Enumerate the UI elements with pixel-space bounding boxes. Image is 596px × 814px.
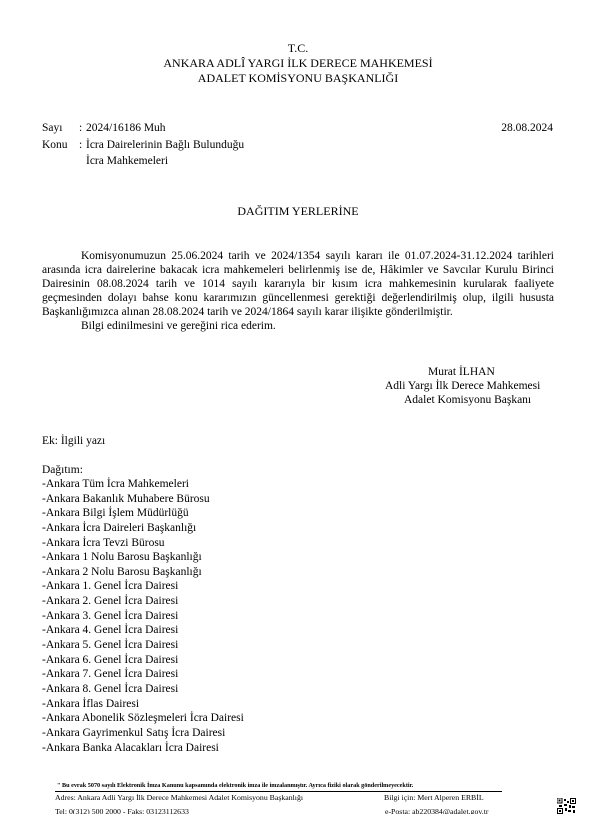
footer-contact-person: Bilgi için: Mert Alperen ERBİL	[384, 793, 484, 803]
e-signature-note: " Bu evrak 5070 sayılı Elektronik İmza K…	[57, 782, 413, 790]
distribution-item: -Ankara İcra Daireleri Başkanlığı	[42, 521, 244, 536]
konu-colon: :	[79, 138, 82, 152]
document-date: 28.08.2024	[501, 121, 553, 135]
distribution-item: -Ankara 7. Genel İcra Dairesi	[42, 667, 244, 682]
konu-label: Konu	[42, 138, 68, 152]
letterhead-tc: T.C.	[0, 41, 596, 56]
attachment-note: Ek: İlgili yazı	[42, 434, 105, 448]
distribution-item: -Ankara Bakanlık Muhabere Bürosu	[42, 492, 244, 507]
signatory-name: Murat İLHAN	[428, 365, 495, 379]
distribution-item: -Ankara İcra Tevzi Bürosu	[42, 536, 244, 551]
signatory-title-2: Adalet Komisyonu Başkanı	[404, 393, 531, 407]
footer-address: Adres: Ankara Adli Yargı İlk Derece Mahk…	[55, 793, 303, 803]
sayi-value: 2024/16186 Muh	[86, 121, 166, 135]
distribution-item: -Ankara 6. Genel İcra Dairesi	[42, 653, 244, 668]
signatory-title-1: Adli Yargı İlk Derece Mahkemesi	[385, 379, 540, 393]
letterhead-commission: ADALET KOMİSYONU BAŞKANLIĞI	[0, 71, 596, 86]
letterhead-court: ANKARA ADLÎ YARGI İLK DERECE MAHKEMESİ	[0, 56, 596, 71]
distribution-item: -Ankara 4. Genel İcra Dairesi	[42, 623, 244, 638]
footer-divider	[55, 791, 502, 792]
body-paragraph-main: Komisyonumuzun 25.06.2024 tarih ve 2024/…	[42, 249, 554, 319]
konu-value-line1: İcra Dairelerinin Bağlı Bulunduğu	[86, 138, 244, 152]
distribution-item: -Ankara Banka Alacakları İcra Dairesi	[42, 741, 244, 756]
distribution-item: -Ankara Tüm İcra Mahkemeleri	[42, 477, 244, 492]
sayi-colon: :	[79, 121, 82, 135]
footer-email[interactable]: e-Posta: ab220384@adalet.gov.tr	[385, 807, 488, 814]
document-title: DAĞITIM YERLERİNE	[0, 204, 596, 218]
konu-value-line2: İcra Mahkemeleri	[86, 154, 168, 168]
distribution-item: -Ankara 3. Genel İcra Dairesi	[42, 609, 244, 624]
body-paragraph-closing: Bilgi edinilmesini ve gereğini rica eder…	[42, 319, 554, 333]
distribution-item: -Ankara 1. Genel İcra Dairesi	[42, 579, 244, 594]
distribution-list: -Ankara Tüm İcra Mahkemeleri-Ankara Baka…	[42, 477, 244, 755]
distribution-item: -Ankara 1 Nolu Barosu Başkanlığı	[42, 550, 244, 565]
footer-phone: Tel: 0(312) 500 2000 - Faks: 03123112633	[55, 807, 189, 814]
distribution-item: -Ankara 5. Genel İcra Dairesi	[42, 638, 244, 653]
sayi-label: Sayı	[42, 121, 62, 135]
letter-body: Komisyonumuzun 25.06.2024 tarih ve 2024/…	[42, 249, 554, 333]
distribution-title: Dağıtım:	[42, 463, 83, 477]
distribution-item: -Ankara Abonelik Sözleşmeleri İcra Daire…	[42, 711, 244, 726]
distribution-item: -Ankara 2. Genel İcra Dairesi	[42, 594, 244, 609]
qr-code-icon	[557, 798, 576, 814]
distribution-item: -Ankara Gayrimenkul Satış İcra Dairesi	[42, 726, 244, 741]
distribution-item: -Ankara 8. Genel İcra Dairesi	[42, 682, 244, 697]
distribution-item: -Ankara İflas Dairesi	[42, 697, 244, 712]
distribution-item: -Ankara 2 Nolu Barosu Başkanlığı	[42, 565, 244, 580]
letterhead: T.C. ANKARA ADLÎ YARGI İLK DERECE MAHKEM…	[0, 41, 596, 86]
distribution-item: -Ankara Bilgi İşlem Müdürlüğü	[42, 506, 244, 521]
